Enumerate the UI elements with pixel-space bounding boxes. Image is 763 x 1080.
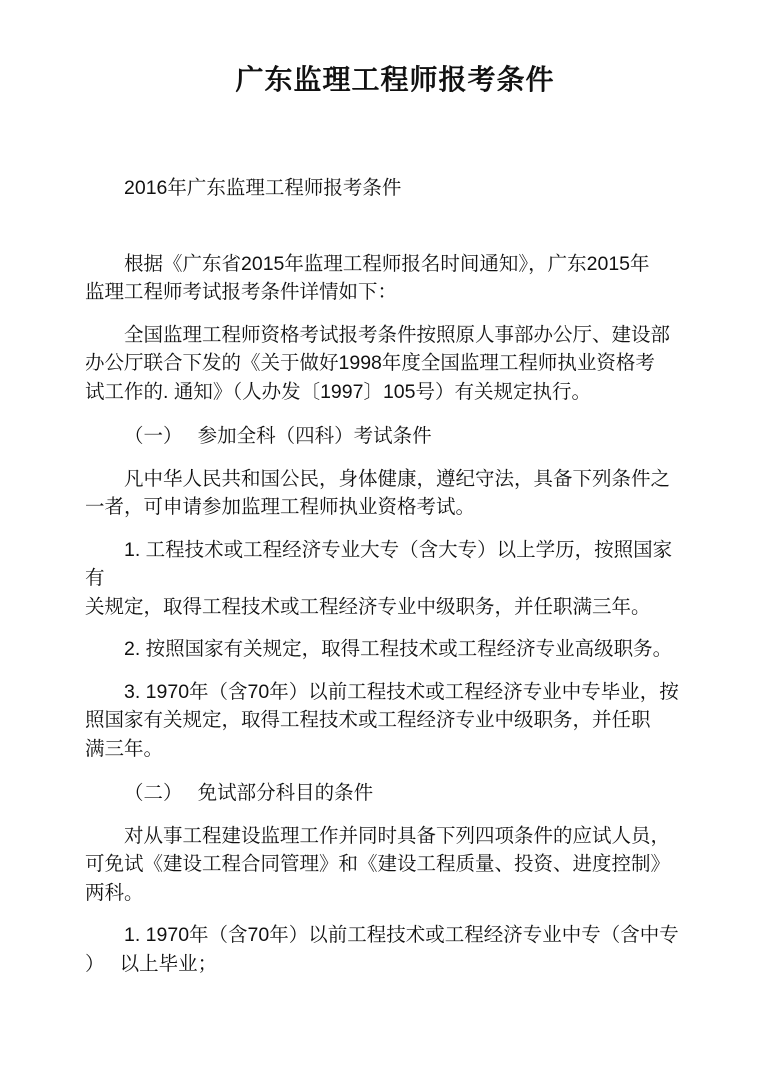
document-body: 广东监理工程师报考条件 2016年广东监理工程师报考条件 根据《广东省2015年… (0, 0, 763, 978)
paragraph-condition-1: 1. 工程技术或工程经济专业大专（含大专）以上学历，按照国家 有 关规定，取得工… (85, 536, 705, 622)
paragraph-intro: 根据《广东省2015年监理工程师报名时间通知》，广东2015年 监理工程师考试报… (85, 250, 705, 307)
paragraph-national-rules: 全国监理工程师资格考试报考条件按照原人事部办公厅、建设部 办公厅联合下发的《关于… (85, 321, 705, 407)
document-title: 广东监理工程师报考条件 (85, 0, 705, 98)
paragraph-condition-3: 3. 1970年（含70年）以前工程技术或工程经济专业中专毕业，按 照国家有关规… (85, 678, 705, 764)
document-subtitle: 2016年广东监理工程师报考条件 (85, 174, 705, 203)
paragraph-condition-2: 2. 按照国家有关规定，取得工程技术或工程经济专业高级职务。 (85, 635, 705, 664)
paragraph-eligibility: 凡中华人民共和国公民，身体健康，遵纪守法，具备下列条件之 一者，可申请参加监理工… (85, 465, 705, 522)
document-page: 广东监理工程师报考条件 2016年广东监理工程师报考条件 根据《广东省2015年… (0, 0, 763, 1080)
section-heading-2: （二） 免试部分科目的条件 (85, 779, 705, 808)
paragraph-exemption-intro: 对从事工程建设监理工作并同时具备下列四项条件的应试人员， 可免试《建设工程合同管… (85, 822, 705, 908)
paragraph-exemption-condition-1: 1. 1970年（含70年）以前工程技术或工程经济专业中专（含中专 ） 以上毕业… (85, 921, 705, 978)
section-heading-1: （一） 参加全科（四科）考试条件 (85, 422, 705, 451)
